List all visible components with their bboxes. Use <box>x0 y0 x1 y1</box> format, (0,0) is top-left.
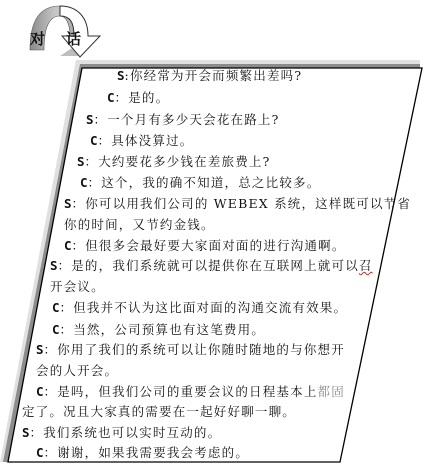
speaker-label: C <box>36 384 44 399</box>
dialogue-line: C：具体没算过。 <box>90 133 193 149</box>
dialogue-text: 谢谢，如果我需要我会考虑的。 <box>57 445 249 460</box>
speaker-label: S <box>86 112 94 127</box>
dialogue-text: 但我并不认为这比面对面的沟通交流有效果。 <box>73 300 347 315</box>
speaker-label: C <box>52 322 60 337</box>
dialogue-line: C：但我并不认为这比面对面的沟通交流有效果。 <box>52 300 347 316</box>
speaker-label: S <box>22 425 30 440</box>
speaker-label: S <box>36 342 44 357</box>
dialogue-text: 一个月有多少天会花在路上? <box>107 112 279 127</box>
dialogue-text: 但很多会最好要大家面对面的进行沟通啊。 <box>85 238 345 253</box>
dialogue-line: S:你经常为开会而频繁出差吗? <box>117 68 302 84</box>
dialogue-line: S：我们系统也可以实时互动的。 <box>22 425 221 441</box>
speaker-label: C <box>90 133 98 148</box>
dialogue-text: 你用了我们的系统可以让你随时随地的与你想开 <box>57 342 345 357</box>
dialogue-line: C：是吗，但我们公司的重要会议的日程基本上都固 <box>36 384 345 400</box>
dialogue-text: 定了。况且大家真的需要在一起好好聊一聊。 <box>22 404 296 419</box>
dialogue-text: 具体没算过。 <box>111 133 193 148</box>
dialogue-line: C：这个，我的确不知道，总之比较多。 <box>80 175 320 191</box>
dialogue-text: 大约要花多少钱在差旅费上? <box>98 154 270 169</box>
speaker-label: S <box>77 154 85 169</box>
dialogue-text: 我们系统也可以实时互动的。 <box>43 425 221 440</box>
dialogue-line-continued: 开会议。 <box>50 279 105 295</box>
dialogue-line-continued: 会的人开会。 <box>36 363 118 379</box>
dialogue-line: C：但很多会最好要大家面对面的进行沟通啊。 <box>64 238 346 254</box>
speaker-label: S <box>117 68 125 83</box>
speaker-label: C <box>107 90 115 105</box>
spellcheck-flag: 召 <box>359 258 373 273</box>
dialogue-text: 是的，我们系统就可以提供你在互联网上就可以 <box>71 258 359 273</box>
dialogue-text: 是的。 <box>128 90 169 105</box>
dialogue-text: 当然，公司预算也有这笔费用。 <box>73 322 265 337</box>
speaker-label: S <box>64 196 72 211</box>
dialogue-line-continued: 你的时间，又节约金钱。 <box>64 217 215 233</box>
speaker-label: C <box>80 175 88 190</box>
dialogue-figure: 对 话 S:你经常为开会而频繁出差吗? C：是的。 S：一个月有多少天会花在路上… <box>0 0 426 466</box>
speaker-label: C <box>52 300 60 315</box>
dialogue-text: 开会议。 <box>50 279 105 294</box>
dialogue-line-continued: 定了。况且大家真的需要在一起好好聊一聊。 <box>22 404 296 420</box>
dialogue-line: C：谢谢，如果我需要我会考虑的。 <box>36 445 249 461</box>
dialogue-text: 你的时间，又节约金钱。 <box>64 217 215 232</box>
dialogue-line: C：是的。 <box>107 90 169 106</box>
dialogue-text: 你经常为开会而频繁出差吗? <box>130 68 302 83</box>
dialogue-text: 你可以用我们公司的 WEBEX 系统，这样既可以节省 <box>85 196 411 211</box>
speaker-label: C <box>36 445 44 460</box>
dialogue-line: S：是的，我们系统就可以提供你在互联网上就可以召 <box>50 258 373 274</box>
dialogue-line: S：一个月有多少天会花在路上? <box>86 112 280 128</box>
dialogue-text: 是吗，但我们公司的重要会议的日程基本上 <box>57 384 317 399</box>
speaker-label: S <box>50 258 58 273</box>
dialogue-text: 这个，我的确不知道，总之比较多。 <box>101 175 320 190</box>
dialogue-text: 会的人开会。 <box>36 363 118 378</box>
dialogue-line: S：你可以用我们公司的 WEBEX 系统，这样既可以节省 <box>64 196 411 212</box>
speaker-label: C <box>64 238 72 253</box>
dialogue-line: S：你用了我们的系统可以让你随时随地的与你想开 <box>36 342 345 358</box>
dialogue-line: S：大约要花多少钱在差旅费上? <box>77 154 271 170</box>
gray-text: 都固 <box>318 384 345 399</box>
dialogue-line: C：当然，公司预算也有这笔费用。 <box>52 322 265 338</box>
